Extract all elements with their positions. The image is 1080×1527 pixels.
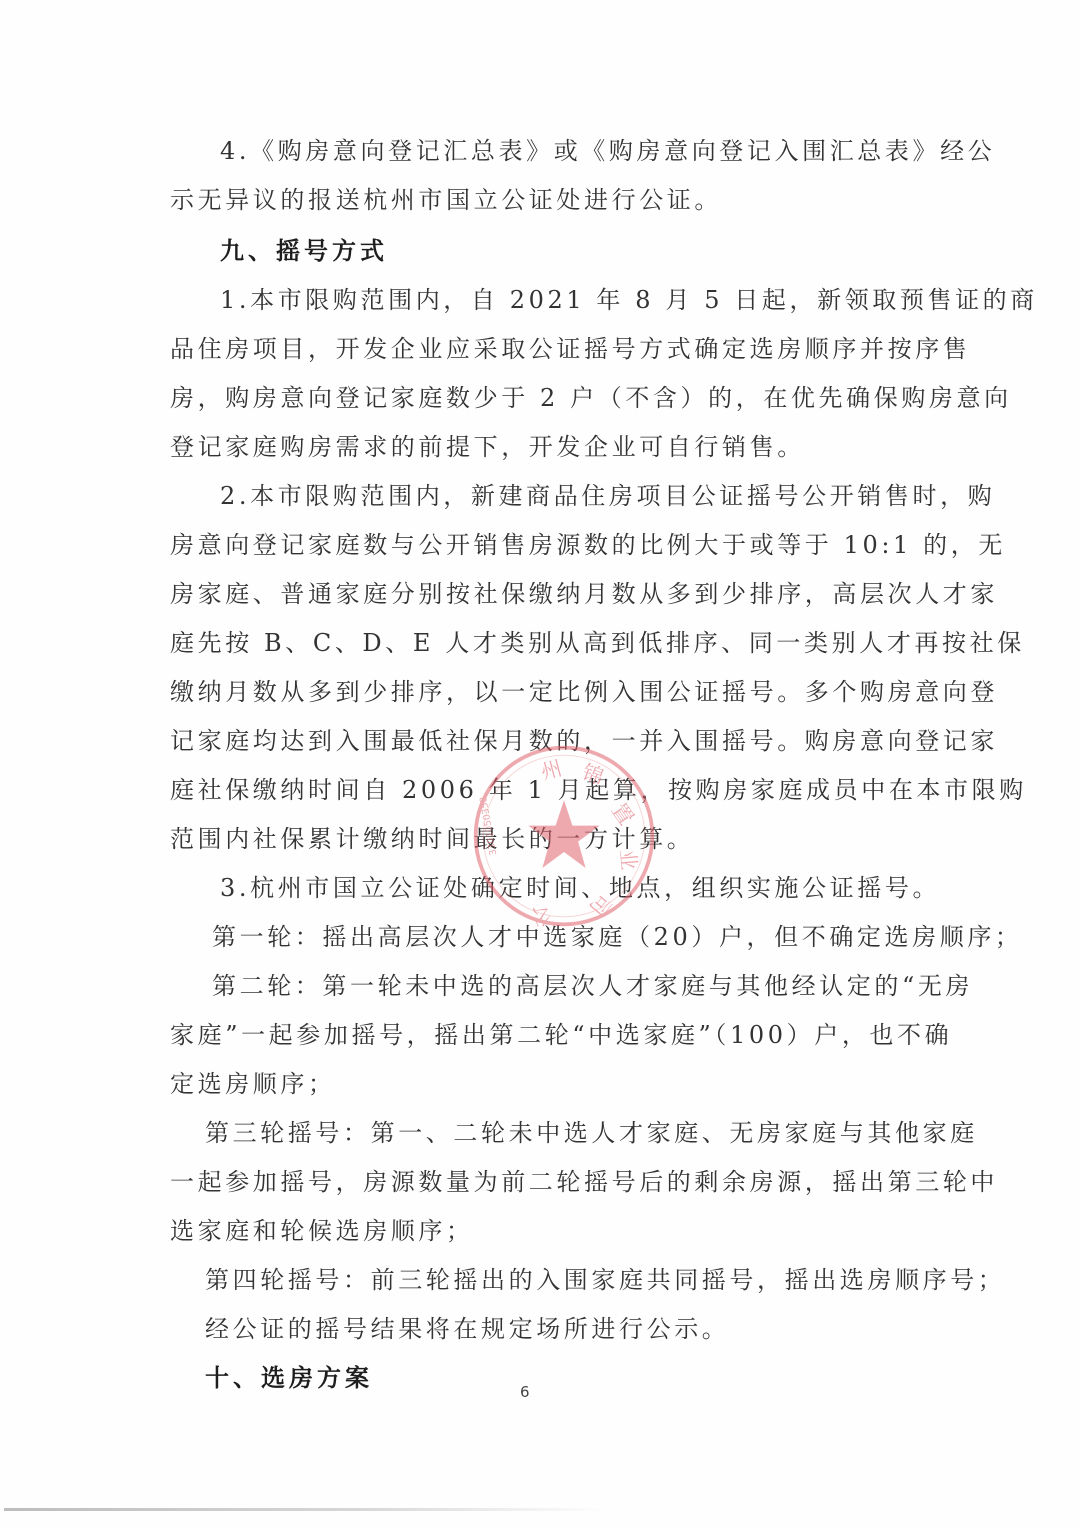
section-9-item-1-line-2: 品住房项目，开发企业应采取公证摇号方式确定选房顺序并按序售 (170, 334, 920, 364)
document-page: 4.《购房意向登记汇总表》或《购房意向登记入围汇总表》经公 示无异议的报送杭州市… (0, 0, 1080, 1527)
section-9-item-2-line-2: 房意向登记家庭数与公开销售房源数的比例大于或等于 10:1 的，无 (170, 530, 920, 560)
section-10-heading: 十、选房方案 (205, 1363, 955, 1393)
page-number: 6 (520, 1383, 530, 1401)
section-9-item-1-line-4: 登记家庭购房需求的前提下，开发企业可自行销售。 (170, 432, 920, 462)
lottery-round-2-line-1: 第二轮：第一轮未中选的高层次人才家庭与其他经认定的“无房 (212, 971, 920, 1001)
section-9-item-2-line-1: 2.本市限购范围内，新建商品住房项目公证摇号公开销售时，购 (220, 481, 920, 511)
section-9-item-3: 3.杭州市国立公证处确定时间、地点，组织实施公证摇号。 (220, 873, 920, 903)
lottery-result-publicity: 经公证的摇号结果将在规定场所进行公示。 (205, 1314, 920, 1344)
section-9-item-2-line-6: 记家庭均达到入围最低社保月数的，一并入围摇号。购房意向登记家 (170, 726, 920, 756)
section-9-item-2-line-5: 缴纳月数从多到少排序，以一定比例入围公证摇号。多个购房意向登 (170, 677, 920, 707)
lottery-round-2-line-3: 定选房顺序； (170, 1069, 920, 1099)
paragraph-4-line-2: 示无异议的报送杭州市国立公证处进行公证。 (170, 185, 920, 215)
section-9-item-2-line-4: 庭先按 B、C、D、E 人才类别从高到低排序、同一类别人才再按社保 (170, 628, 920, 658)
lottery-round-1: 第一轮：摇出高层次人才中选家庭（20）户，但不确定选房顺序； (212, 922, 920, 952)
section-9-item-1-line-1: 1.本市限购范围内，自 2021 年 8 月 5 日起，新领取预售证的商 (220, 285, 920, 315)
section-9-heading: 九、摇号方式 (220, 236, 920, 266)
lottery-round-4: 第四轮摇号：前三轮摇出的入围家庭共同摇号，摇出选房顺序号； (205, 1265, 920, 1295)
lottery-round-3-line-1: 第三轮摇号：第一、二轮未中选人才家庭、无房家庭与其他家庭 (205, 1118, 920, 1148)
section-9-item-1-line-3: 房，购房意向登记家庭数少于 2 户（不含）的，在优先确保购房意向 (170, 383, 920, 413)
lottery-round-2-line-2: 家庭”一起参加摇号，摇出第二轮“中选家庭”（100）户，也不确 (170, 1020, 920, 1050)
section-9-item-2-line-8: 范围内社保累计缴纳时间最长的一方计算。 (170, 824, 920, 854)
section-9-item-2-line-3: 房家庭、普通家庭分别按社保缴纳月数从多到少排序，高层次人才家 (170, 579, 920, 609)
lottery-round-3-line-3: 选家庭和轮候选房顺序； (170, 1216, 920, 1246)
paragraph-4-line-1: 4.《购房意向登记汇总表》或《购房意向登记入围汇总表》经公 (220, 136, 920, 166)
section-9-item-2-line-7: 庭社保缴纳时间自 2006 年 1 月起算，按购房家庭成员中在本市限购 (170, 775, 920, 805)
scan-edge-line (4, 1508, 604, 1511)
lottery-round-3-line-2: 一起参加摇号，房源数量为前二轮摇号后的剩余房源，摇出第三轮中 (170, 1167, 920, 1197)
